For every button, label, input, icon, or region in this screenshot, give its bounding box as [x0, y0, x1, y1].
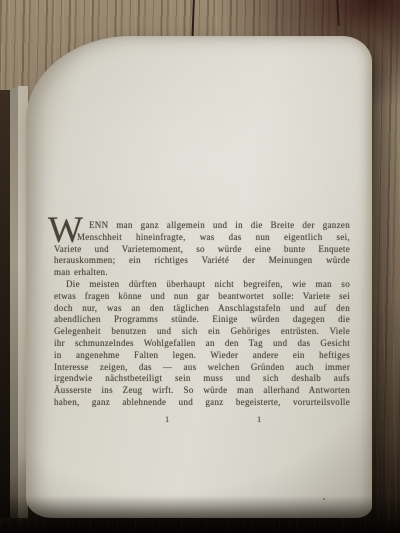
page-text-block: W ENN man ganz allgemein und in die Brei…: [54, 220, 350, 409]
text-line: Äusserste ins Zeug wirft. So würde man a…: [54, 385, 350, 397]
text-line: herauskommen; ein richtiges Variété der …: [54, 255, 350, 267]
text-line: Interesse zeigen, das — aus welchen Grün…: [54, 362, 350, 374]
text-line: in angenehme Falten legen. Wieder andere…: [54, 350, 350, 362]
text-line: Menschheit hineinfragte, was das nun eig…: [54, 232, 350, 244]
page-stack-edge-inner: [10, 88, 18, 518]
paragraph-2: Die meisten dürften überhaupt nicht begr…: [54, 279, 350, 409]
text-line: ihr schmunzelndes Wohlgefallen an den Ta…: [54, 338, 350, 350]
book-gutter-shadow: [0, 90, 10, 518]
text-line: Gelegenheit benutzen und sich ein Gehöri…: [54, 326, 350, 338]
text-line: abendlichen Programms stünde. Einige wür…: [54, 314, 350, 326]
text-line: doch nur, was an den täglichen Anschlags…: [54, 303, 350, 315]
page-number-left: 1: [165, 414, 169, 424]
book-page: W ENN man ganz allgemein und in die Brei…: [26, 36, 372, 518]
text-line: man erhalten.: [54, 267, 350, 279]
text-line: ENN man ganz allgemein und in die Breite…: [54, 220, 350, 232]
text-line: Variete und Varietemoment, so würde eine…: [54, 244, 350, 256]
text-line: irgendwie nächstbeteiligt sein muss und …: [54, 373, 350, 385]
drop-cap: W: [48, 216, 83, 246]
paper-speck: [323, 498, 325, 500]
text-line: haben, ganz ablehnende und ganz begeiste…: [54, 397, 350, 409]
paragraph-1: W ENN man ganz allgemein und in die Brei…: [54, 220, 350, 279]
page-number-right: 1: [257, 414, 261, 424]
text-line: Die meisten dürften überhaupt nicht begr…: [54, 279, 350, 291]
book-photo: W ENN man ganz allgemein und in die Brei…: [0, 0, 400, 533]
text-line: etwas fragen könne und nun gar beantwort…: [54, 291, 350, 303]
